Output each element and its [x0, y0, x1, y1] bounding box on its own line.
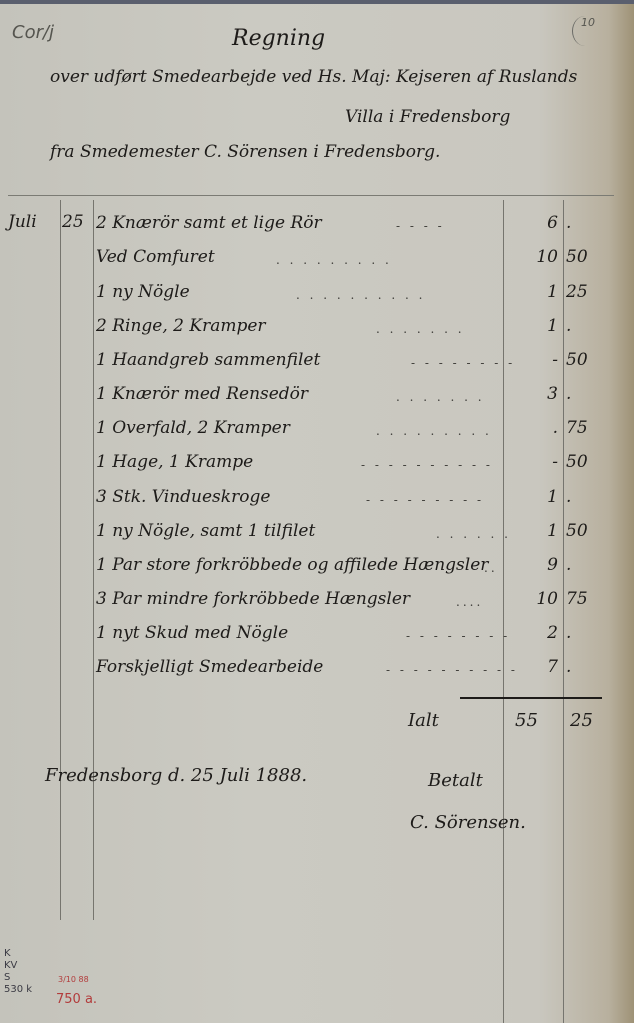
line-item: 1 ny Nögle . . . . . . . . . . 1 25 [96, 282, 634, 316]
leader-dots: - - - - [396, 219, 445, 233]
item-description: Forskjelligt Smedearbeide [96, 657, 323, 677]
leader-dots: - - - - - - - - [411, 356, 515, 370]
total-rule [460, 697, 602, 699]
line-item: Ved Comfuret . . . . . . . . . 10 50 [96, 247, 634, 281]
item-kroner: 7 [506, 657, 566, 677]
item-kroner: . [506, 418, 566, 438]
leader-dots: - - - - - - - - - - [361, 458, 493, 472]
line-item: 2 Ringe, 2 Kramper . . . . . . . 1 . [96, 316, 634, 350]
invoice-document: Cor/j 10 Regning over udført Smedearbejd… [0, 0, 634, 1023]
item-kroner: 1 [506, 316, 566, 336]
archive-mark: 530 k [4, 984, 32, 996]
leader-dots: - - - - - - - - [406, 629, 510, 643]
item-ore: . [566, 623, 616, 643]
total-ore: 25 [570, 710, 593, 731]
item-kroner: 1 [506, 282, 566, 302]
item-description: 1 Haandgreb sammenfilet [96, 350, 320, 370]
subtitle-line-2: Villa i Fredensborg [345, 107, 510, 127]
line-item: 1 Haandgreb sammenfilet - - - - - - - - … [96, 350, 634, 384]
item-description: 1 Overfald, 2 Kramper [96, 418, 290, 438]
item-description: 3 Stk. Vindueskroge [96, 487, 270, 507]
subtitle-line-3: fra Smedemester C. Sörensen i Fredensbor… [50, 142, 440, 162]
column-rule-day [93, 200, 94, 920]
item-description: 2 Knærör samt et lige Rör [96, 213, 322, 233]
date-month: Juli [8, 212, 37, 232]
leader-dots: . . . . . . . [396, 390, 485, 404]
item-ore: 50 [566, 247, 616, 267]
item-description: 3 Par mindre forkröbbede Hængsler [96, 589, 410, 609]
item-ore: 75 [566, 589, 616, 609]
header-rule [8, 195, 614, 196]
archive-red-fraction: 3/10 88 [58, 975, 89, 984]
item-description: 1 nyt Skud med Nögle [96, 623, 288, 643]
line-item: 1 ny Nögle, samt 1 tilfilet . . . . . . … [96, 521, 634, 555]
item-kroner: 2 [506, 623, 566, 643]
item-kroner: 6 [506, 213, 566, 233]
item-ore: . [566, 487, 616, 507]
item-kroner: 9 [506, 555, 566, 575]
leader-dots: . . . . . . . . . [376, 424, 492, 438]
leader-dots: . . . . . . [436, 527, 511, 541]
item-kroner: 1 [506, 521, 566, 541]
leader-dots: . . . . . . . . . . [296, 288, 425, 302]
item-description: 1 Par store forkröbbede og affilede Hæng… [96, 555, 488, 575]
place-and-date: Fredensborg d. 25 Juli 1888. [45, 765, 307, 786]
document-title: Regning [232, 26, 325, 51]
leader-dots: . . . . . . . . . [276, 253, 392, 267]
leader-dots: - - - - - - - - - [366, 493, 484, 507]
item-description: Ved Comfuret [96, 247, 215, 267]
leader-dots: .... [456, 595, 483, 609]
item-ore: 50 [566, 452, 616, 472]
item-ore: . [566, 555, 616, 575]
item-ore: 50 [566, 350, 616, 370]
total-kroner: 55 [515, 710, 538, 731]
item-description: 1 ny Nögle, samt 1 tilfilet [96, 521, 315, 541]
archive-pencil-marks: K KV S 530 k [4, 948, 32, 996]
item-ore: . [566, 657, 616, 677]
line-item: 3 Par mindre forkröbbede Hængsler .... 1… [96, 589, 634, 623]
item-ore: . [566, 384, 616, 404]
leader-dots: . . . . . . . [376, 322, 465, 336]
item-description: 1 Knærör med Rensedör [96, 384, 308, 404]
line-item: 1 nyt Skud med Nögle - - - - - - - - 2 . [96, 623, 634, 657]
item-kroner: 1 [506, 487, 566, 507]
line-item: Forskjelligt Smedearbeide - - - - - - - … [96, 657, 634, 691]
item-kroner: - [506, 452, 566, 472]
item-ore: 50 [566, 521, 616, 541]
reference-note-left: Cor/j [12, 22, 54, 43]
line-item: 2 Knærör samt et lige Rör - - - - 6 . [96, 213, 634, 247]
item-ore: . [566, 213, 616, 233]
leader-dots: - - - - - - - - - - [386, 663, 518, 677]
signature: C. Sörensen. [410, 812, 526, 833]
paid-stamp: Betalt [428, 770, 483, 791]
line-item: 1 Par store forkröbbede og affilede Hæng… [96, 555, 634, 589]
line-item: 1 Overfald, 2 Kramper . . . . . . . . . … [96, 418, 634, 452]
item-description: 1 ny Nögle [96, 282, 190, 302]
item-kroner: 10 [506, 247, 566, 267]
page-top-edge [0, 0, 634, 4]
item-ore: 25 [566, 282, 616, 302]
leader-dots: .. [484, 561, 498, 575]
item-kroner: 10 [506, 589, 566, 609]
line-item: 1 Hage, 1 Krampe - - - - - - - - - - - 5… [96, 452, 634, 486]
archive-red-number: 750 a. [56, 992, 97, 1007]
archive-mark: KV [4, 960, 32, 972]
column-rule-month [60, 200, 61, 920]
subtitle-line-1: over udført Smedearbejde ved Hs. Maj: Ke… [50, 67, 577, 87]
item-description: 1 Hage, 1 Krampe [96, 452, 253, 472]
archive-mark: S [4, 972, 32, 984]
item-ore: . [566, 316, 616, 336]
line-item: 1 Knærör med Rensedör . . . . . . . 3 . [96, 384, 634, 418]
archive-mark: K [4, 948, 32, 960]
item-kroner: 3 [506, 384, 566, 404]
line-item: 3 Stk. Vindueskroge - - - - - - - - - 1 … [96, 487, 634, 521]
item-ore: 75 [566, 418, 616, 438]
item-description: 2 Ringe, 2 Kramper [96, 316, 266, 336]
date-day: 25 [62, 212, 84, 232]
total-label: Ialt [408, 710, 439, 731]
page-number-circled: 10 [572, 16, 598, 46]
item-kroner: - [506, 350, 566, 370]
